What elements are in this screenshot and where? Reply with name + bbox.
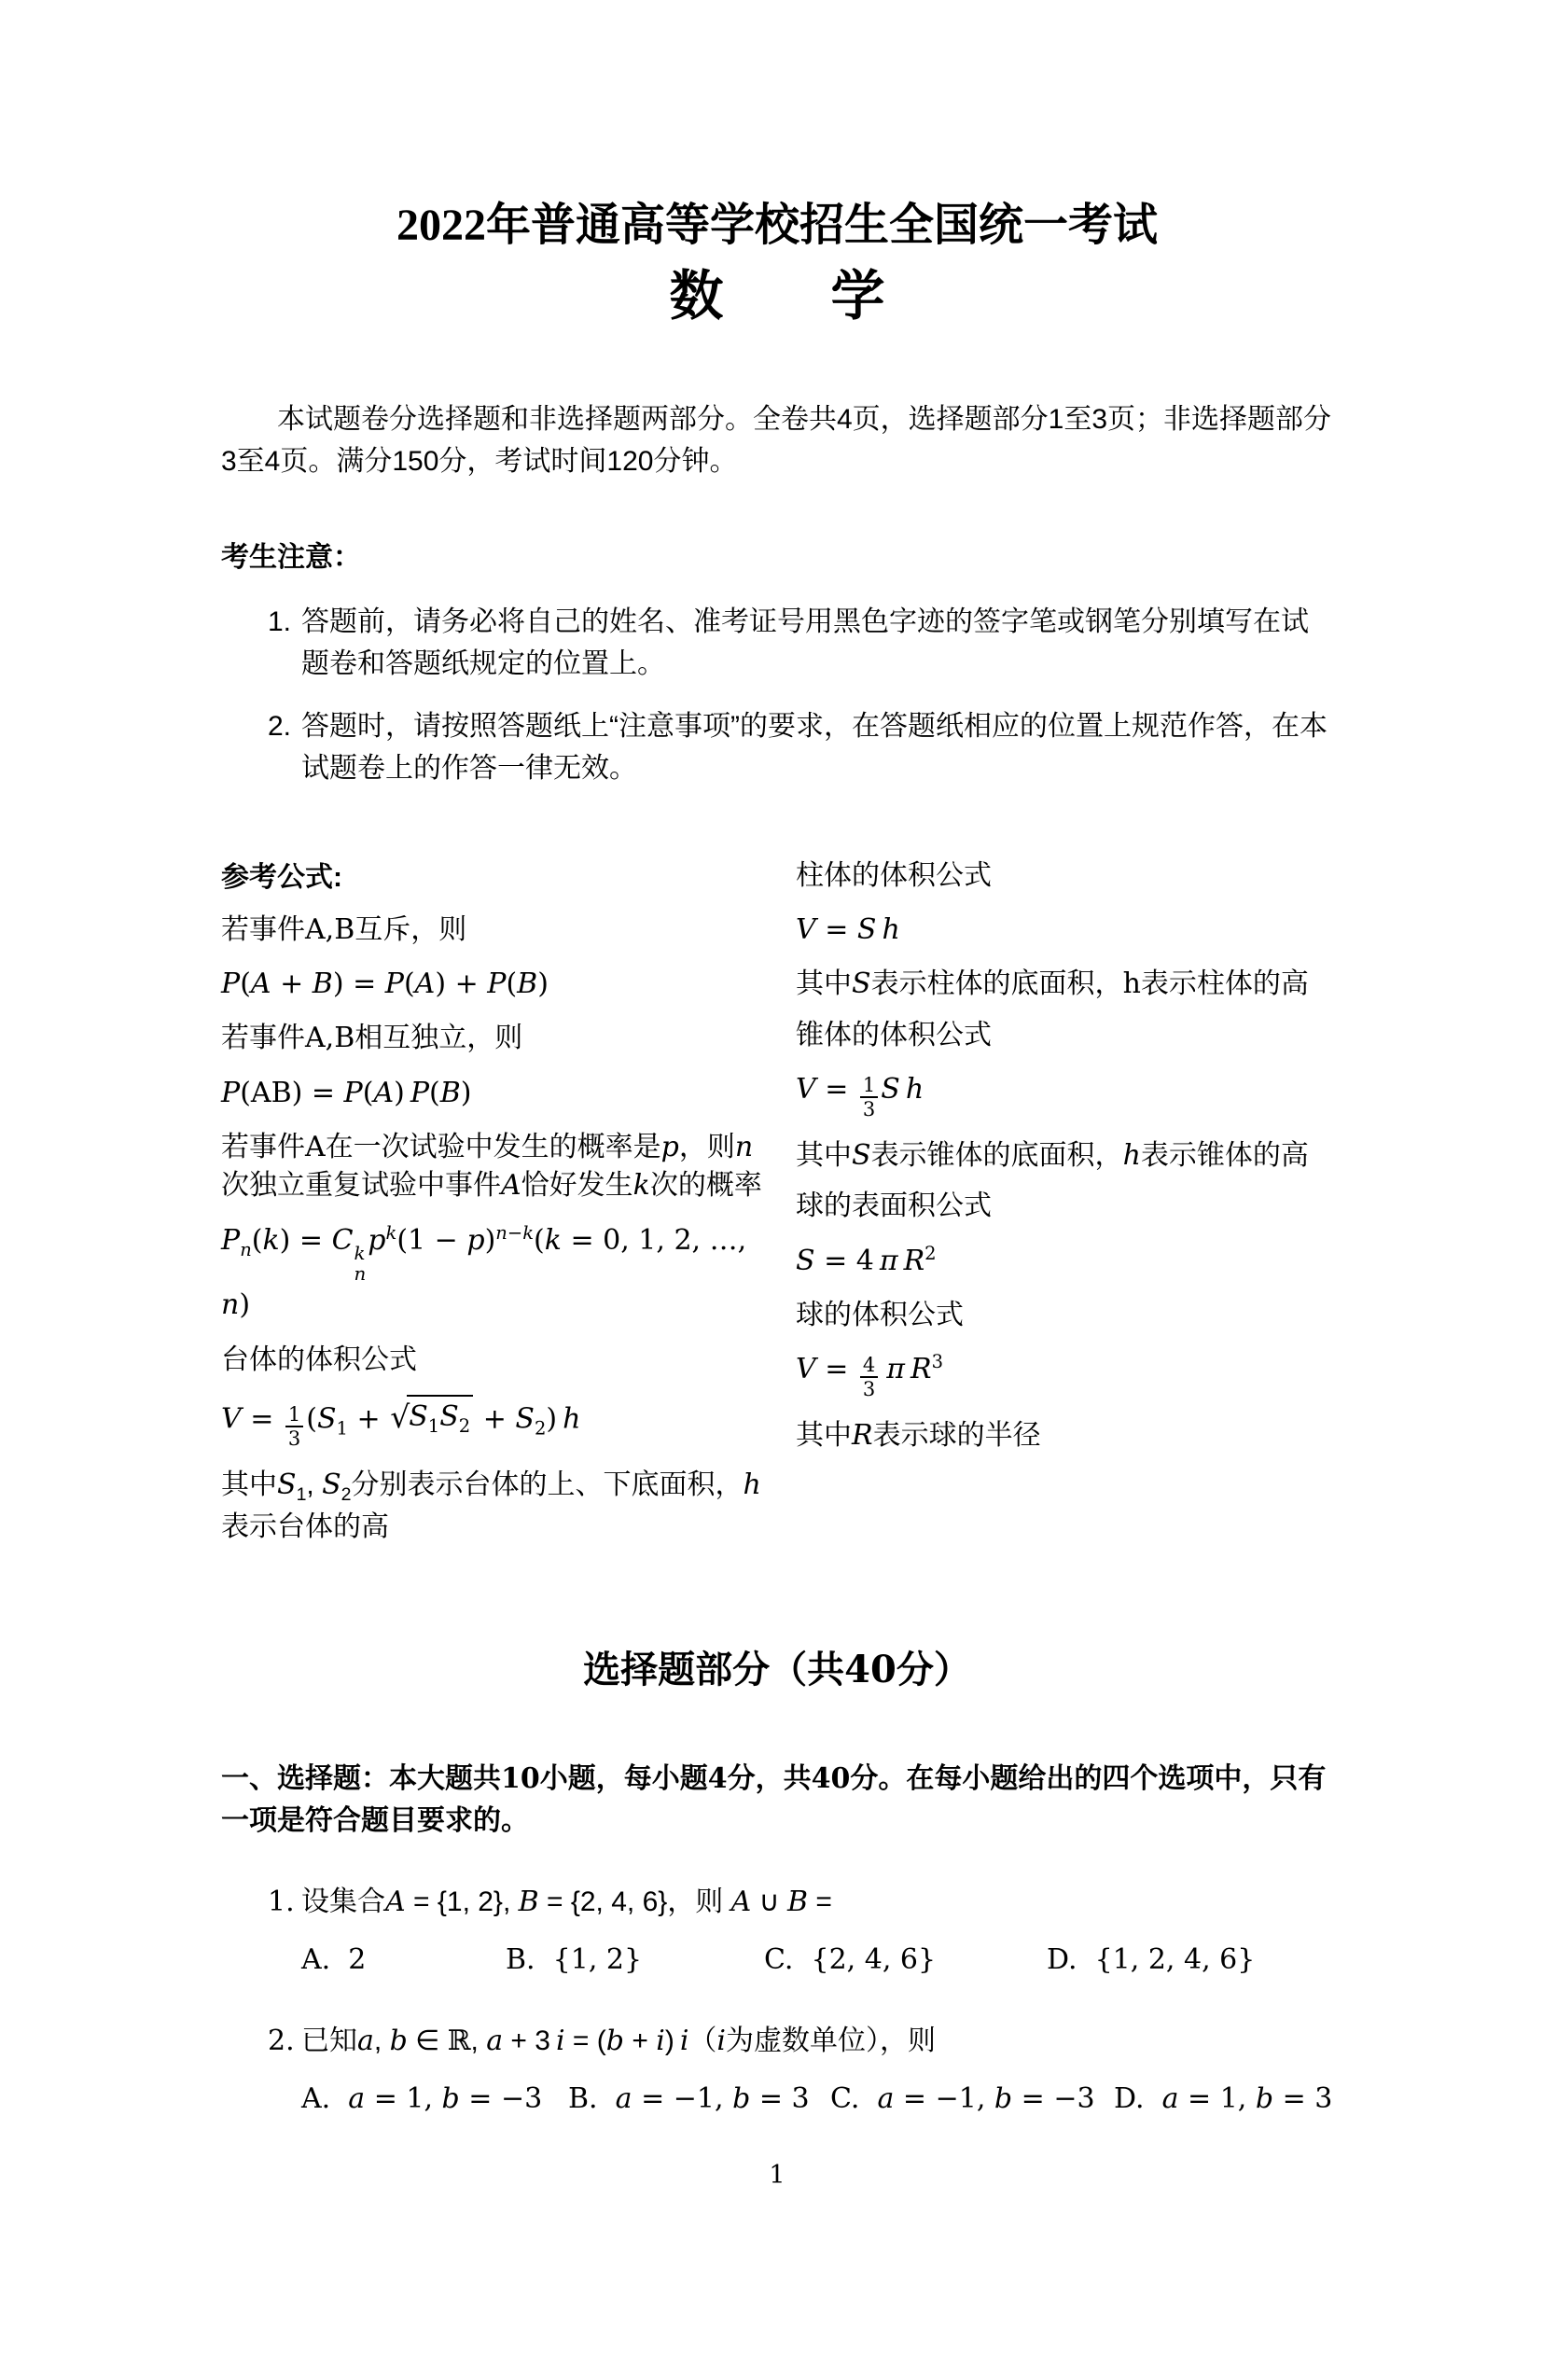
formula-line: P(A + B) = P(A) + P(B)	[221, 965, 771, 1003]
notice-heading: 考生注意：	[221, 536, 1333, 578]
question-number: 2.	[268, 2020, 301, 2062]
option-b: B. a = −1, b = 3	[568, 2078, 830, 2120]
formula-line: 若事件A,B相互独立，则	[221, 1019, 771, 1057]
page-number: 1	[221, 2157, 1333, 2195]
formula-line: V = 13(S1 + √S1S2 + S2) h	[221, 1395, 771, 1450]
option-d: D. {1, 2, 4, 6}	[1047, 1939, 1333, 1981]
question-2: 2. 已知a, b ∈ ℝ, a + 3 i = (b + i) i（i为虚数单…	[221, 2020, 1333, 2120]
notice-item: 1. 答题前，请务必将自己的姓名、准考证号用黑色字迹的签字笔或钢笔分别填写在试题…	[221, 601, 1333, 685]
option-c: C. a = −1, b = −3	[830, 2078, 1114, 2120]
formulas-heading: 参考公式:	[221, 856, 771, 898]
question-number: 1.	[268, 1881, 301, 1923]
formula-line: S = 4 π R2	[796, 1242, 1333, 1280]
formula-line: V = S h	[796, 911, 1333, 949]
notice-item-text: 答题时，请按照答题纸上“注意事项”的要求，在答题纸相应的位置上规范作答，在本试题…	[301, 705, 1333, 789]
formula-line: 其中S表示锥体的底面积，h表示锥体的高	[796, 1136, 1333, 1175]
question-text: 设集合A = {1, 2}, B = {2, 4, 6}，则 A ∪ B =	[301, 1881, 1333, 1923]
subject-char-left: 数	[669, 263, 723, 331]
reference-formulas: 参考公式: 若事件A,B互斥，则 P(A + B) = P(A) + P(B) …	[221, 856, 1333, 1559]
formula-line: 其中R表示球的半径	[796, 1416, 1333, 1454]
option-a: A. a = 1, b = −3	[301, 2078, 568, 2120]
section-instruction: 一、选择题：本大题共10小题，每小题4分，共40分。在每小题给出的四个选项中，只…	[221, 1758, 1333, 1842]
notice-item: 2. 答题时，请按照答题纸上“注意事项”的要求，在答题纸相应的位置上规范作答，在…	[221, 705, 1333, 789]
section-heading: 选择题部分（共40分）	[221, 1648, 1333, 1692]
formula-line: 柱体的体积公式	[796, 856, 1333, 895]
formula-line: 其中S表示柱体的底面积，h表示柱体的高	[796, 965, 1333, 1003]
formula-line: 球的体积公式	[796, 1296, 1333, 1334]
exam-page: 2022年普通高等学校招生全国统一考试 数 学 本试题卷分选择题和非选择题两部分…	[0, 198, 1543, 2380]
question-options: A. a = 1, b = −3 B. a = −1, b = 3 C. a =…	[301, 2078, 1333, 2120]
formulas-right-column: 柱体的体积公式 V = S h 其中S表示柱体的底面积，h表示柱体的高 锥体的体…	[796, 856, 1333, 1468]
notice-list: 1. 答题前，请务必将自己的姓名、准考证号用黑色字迹的签字笔或钢笔分别填写在试题…	[221, 601, 1333, 789]
intro-paragraph: 本试题卷分选择题和非选择题两部分。全卷共4页，选择题部分1至3页；非选择题部分3…	[221, 398, 1333, 482]
subject-title: 数 学	[221, 263, 1333, 331]
formula-line: 若事件A,B互斥，则	[221, 911, 771, 949]
question-text: 已知a, b ∈ ℝ, a + 3 i = (b + i) i（i为虚数单位），…	[301, 2020, 1333, 2062]
formulas-left-column: 参考公式: 若事件A,B互斥，则 P(A + B) = P(A) + P(B) …	[221, 856, 771, 1559]
notice-item-number: 1.	[268, 601, 301, 685]
option-b: B. {1, 2}	[506, 1939, 764, 1981]
formula-line: V = 43 π R3	[796, 1350, 1333, 1400]
question-options: A. 2 B. {1, 2} C. {2, 4, 6} D. {1, 2, 4,…	[301, 1939, 1333, 1981]
option-d: D. a = 1, b = 3	[1114, 2078, 1333, 2120]
option-a: A. 2	[301, 1939, 506, 1981]
subject-char-right: 学	[831, 263, 885, 331]
question-1: 1. 设集合A = {1, 2}, B = {2, 4, 6}，则 A ∪ B …	[221, 1881, 1333, 1981]
question-stem: 1. 设集合A = {1, 2}, B = {2, 4, 6}，则 A ∪ B …	[221, 1881, 1333, 1923]
notice-item-number: 2.	[268, 705, 301, 789]
formula-line: 锥体的体积公式	[796, 1016, 1333, 1054]
formula-line: V = 13S h	[796, 1070, 1333, 1120]
notice-item-text: 答题前，请务必将自己的姓名、准考证号用黑色字迹的签字笔或钢笔分别填写在试题卷和答…	[301, 601, 1333, 685]
formula-line: 台体的体积公式	[221, 1341, 771, 1379]
page-title: 2022年普通高等学校招生全国统一考试	[221, 198, 1333, 254]
option-c: C. {2, 4, 6}	[764, 1939, 1047, 1981]
formula-line: 球的表面积公式	[796, 1187, 1333, 1225]
formula-line: 若事件A在一次试验中发生的概率是p，则n次独立重复试验中事件A恰好发生k次的概率	[221, 1128, 771, 1205]
formula-line: P(AB) = P(A) P(B)	[221, 1074, 771, 1112]
formula-line: Pn(k) = Cknpk(1 − p)n−k(k = 0, 1, 2, …, …	[221, 1221, 771, 1325]
question-stem: 2. 已知a, b ∈ ℝ, a + 3 i = (b + i) i（i为虚数单…	[221, 2020, 1333, 2062]
formula-line: 其中S1, S2分别表示台体的上、下底面积，h表示台体的高	[221, 1466, 771, 1546]
